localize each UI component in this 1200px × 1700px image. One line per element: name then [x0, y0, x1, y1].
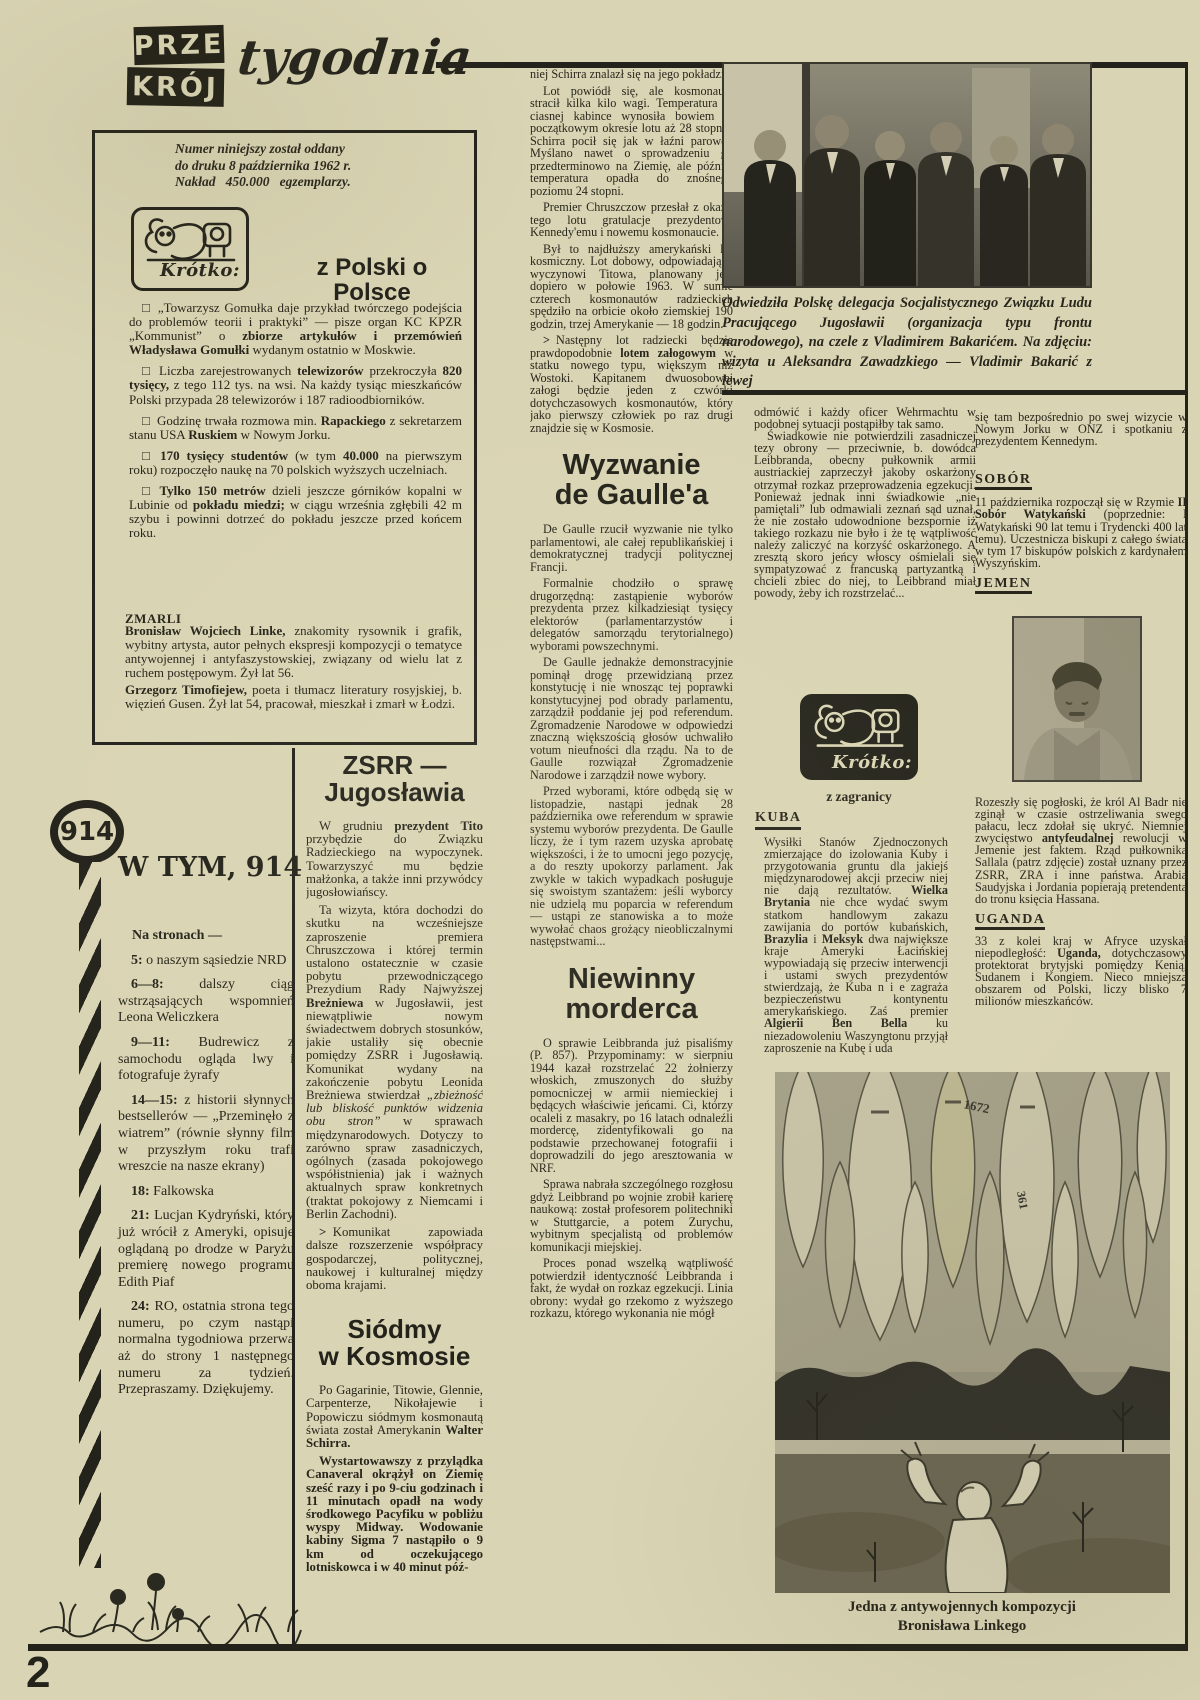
zsrr-headline-line1: ZSRR — — [306, 752, 483, 779]
paragraph: O sprawie Leibbranda już pisaliśmy (P. 8… — [530, 1037, 733, 1175]
linke-artwork: 1672 361 — [775, 1072, 1170, 1593]
paragraph: Przed wyborami, które odbędą się w listo… — [530, 785, 733, 948]
paragraph: Ta wizyta, która dochodzi do skutku na w… — [306, 904, 483, 1221]
middle-column: niej Schirra znalazł się na jego pokładz… — [530, 68, 733, 1642]
paragraph: Formalnie chodziło o sprawę drugorzędną:… — [530, 577, 733, 652]
paragraph: > Następny lot radziecki będzie prawdopo… — [530, 334, 733, 434]
wyzwanie-body: De Gaulle rzucił wyzwanie nie tylko parl… — [530, 523, 733, 948]
kuba-body: Wysiłki Stanów Zjednoczonych zmierzające… — [764, 836, 948, 1054]
paragraph: Proces ponad wszelką wątpliwość potwierd… — [530, 1257, 733, 1320]
section-heading: UGANDA — [975, 914, 1045, 930]
section-heading: KUBA — [755, 810, 801, 830]
paragraph: 33 z kolei kraj w Afryce uzyskał niepodl… — [975, 935, 1187, 1008]
section-heading: SOBÓR — [975, 474, 1032, 490]
paragraph: Był to najdłuższy amerykański lot kosmic… — [530, 243, 733, 331]
domestic-headline: z Polski o Polsce — [277, 255, 467, 305]
niewinny-continuation-column: odmówić i każdy oficer Wehrmachtu w podo… — [754, 406, 976, 600]
krotko-logo-dark: Krótko: — [800, 694, 918, 780]
paragraph: Po Gagarinie, Titowie, Glennie, Carpente… — [306, 1384, 483, 1450]
obituaries: Bronisław Wojciech Linke, znakomity ryso… — [125, 621, 462, 712]
domestic-items: □ „Towarzysz Gomułka daje przykład twórc… — [129, 301, 462, 540]
road-sign-pole — [79, 862, 101, 1568]
print-note: Numer niniejszy został oddany do druku 8… — [175, 141, 475, 191]
zsrr-body: W grudniu prezydent Tito przybędzie do Z… — [306, 820, 483, 1292]
right-column-upper: się tam bezpośrednio po swej wizycie w N… — [975, 406, 1187, 594]
page-number: 2 — [26, 1648, 50, 1698]
paragraph: 9—11: Budrewicz z samochodu ogląda lwy i… — [118, 1035, 294, 1085]
niewinny-headline-line2: morderca — [530, 994, 733, 1024]
paragraph: □ „Towarzysz Gomułka daje przykład twórc… — [129, 301, 462, 357]
krotko-logo-light: Krótko: — [131, 207, 249, 291]
paragraph: De Gaulle rzucił wyzwanie nie tylko parl… — [530, 523, 733, 573]
linke-artwork-caption: Jedna z antywojennych kompozycji Bronisł… — [812, 1598, 1112, 1636]
paragraph: De Gaulle jednakże demonstracyjnie pomin… — [530, 656, 733, 781]
section-heading: JEMEN — [975, 578, 1032, 594]
foreign-section-label: z zagranicy — [786, 789, 932, 805]
zsrr-column: ZSRR — Jugosławia W grudniu prezydent Ti… — [306, 752, 483, 1640]
cosmos-continuation: niej Schirra znalazł się na jego pokładz… — [530, 68, 733, 434]
paragraph: □ Liczba zarejestrowanych telewizorów pr… — [129, 364, 462, 406]
linke-artwork-art: 1672 361 — [775, 1072, 1170, 1593]
delegation-photo — [722, 62, 1092, 288]
cat-icon — [808, 698, 910, 755]
contents-items: Na stronach —5: o naszym sąsiedzie NRD6—… — [118, 928, 294, 1399]
column-divider — [292, 748, 295, 1645]
przekroj-logo-bottom: KRÓJ — [127, 67, 225, 107]
paragraph: Grzegorz Timofiejew, poeta i tłumacz lit… — [125, 683, 462, 711]
siodmy-headline-line1: Siódmy — [306, 1316, 483, 1343]
col5-intro: się tam bezpośrednio po swej wizycie w N… — [975, 411, 1187, 447]
print-note-line: Numer niniejszy został oddany — [175, 141, 475, 158]
print-note-line: Nakład 450.000 egzemplarzy. — [175, 174, 475, 191]
niewinny-body: O sprawie Leibbranda już pisaliśmy (P. 8… — [530, 1037, 733, 1320]
paragraph: Wysiłki Stanów Zjednoczonych zmierzające… — [764, 836, 948, 1054]
magazine-page: { "colors": {"paper": "#d9d4b3", "ink": … — [0, 0, 1200, 1700]
right-column-lower: Rozeszły się pogłoski, że król Al Badr n… — [975, 791, 1187, 1008]
uganda-heading: UGANDA — [975, 913, 1187, 930]
paragraph: Premier Chruszczow przesłał z okazji teg… — [530, 201, 733, 239]
caption-rule — [722, 390, 1188, 395]
paragraph: Na stronach — — [118, 928, 294, 945]
przekroj-logo-top: PRZE — [134, 25, 225, 65]
paragraph: > Komunikat zapowiada dalsze rozszerzeni… — [306, 1226, 483, 1292]
paragraph: 21: Lucjan Kydryński, który już wrócił z… — [118, 1208, 294, 1291]
road-sign-914: 914 — [50, 800, 124, 864]
paragraph: 11 października rozpoczął się w Rzymie I… — [975, 496, 1187, 569]
domestic-brief-box: Numer niniejszy został oddany do druku 8… — [92, 130, 477, 745]
paragraph: □ Tylko 150 metrów dzieli jeszcze górnik… — [129, 484, 462, 540]
uganda-body: 33 z kolei kraj w Afryce uzyskał niepodl… — [975, 935, 1187, 1008]
kuba-heading: KUBA — [755, 808, 801, 830]
sobor-body: 11 października rozpoczął się w Rzymie I… — [975, 496, 1187, 569]
jemen-body: Rozeszły się pogłoski, że król Al Badr n… — [975, 796, 1187, 905]
wyzwanie-headline-line2: de Gaulle'a — [530, 480, 733, 510]
zsrr-headline: ZSRR — Jugosławia — [306, 752, 483, 806]
paragraph: □ Godzinę trwała rozmowa min. Rapackiego… — [129, 414, 462, 442]
paragraph: W grudniu prezydent Tito przybędzie do Z… — [306, 820, 483, 899]
print-note-line: do druku 8 października 1962 r. — [175, 158, 475, 175]
sallal-portrait-photo — [1012, 616, 1142, 782]
siodmy-headline: Siódmy w Kosmosie — [306, 1316, 483, 1370]
paragraph: Bronisław Wojciech Linke, znakomity ryso… — [125, 624, 462, 680]
paragraph: 14—15: z historii słynnych bestsellerów … — [118, 1093, 294, 1176]
paragraph: Lot powiódł się, ale kosmonauta stracił … — [530, 85, 733, 198]
sallal-portrait-art — [1014, 618, 1140, 780]
siodmy-body: Po Gagarinie, Titowie, Glennie, Carpente… — [306, 1384, 483, 1574]
paragraph: 5: o naszym sąsiedzie NRD — [118, 953, 294, 970]
wyzwanie-headline: Wyzwanie de Gaulle'a — [530, 450, 733, 510]
niewinny-headline-line1: Niewinny — [530, 964, 733, 994]
zsrr-headline-line2: Jugosławia — [306, 779, 483, 806]
delegation-photo-art — [722, 62, 1092, 288]
niewinny-headline: Niewinny morderca — [530, 964, 733, 1024]
paragraph: 6—8: dalszy ciąg wstrząsających wspomnie… — [118, 977, 294, 1027]
paragraph: Wystartowawszy z przylądka Canaveral okr… — [306, 1455, 483, 1574]
paragraph: się tam bezpośrednio po swej wizycie w N… — [975, 411, 1187, 447]
sobor-heading: SOBÓR — [975, 473, 1187, 490]
paragraph: Sprawa nabrała szczególnego rozgłosu gdy… — [530, 1178, 733, 1253]
delegation-photo-caption: Odwiedziła Polskę delegacja Socjalistycz… — [722, 294, 1092, 392]
siodmy-headline-line2: w Kosmosie — [306, 1343, 483, 1370]
paragraph: 18: Falkowska — [118, 1184, 294, 1201]
krotko-logo-label: Krótko: — [832, 752, 912, 773]
paragraph: Świadkowie nie potwierdzili zasadniczej … — [754, 430, 976, 599]
paragraph: □ 170 tysięcy studentów (w tym 40.000 na… — [129, 449, 462, 477]
grass-decoration-icon — [38, 1552, 303, 1652]
paragraph: odmówić i każdy oficer Wehrmachtu w podo… — [754, 406, 976, 430]
tygodnia-script: tygodnia — [235, 30, 474, 86]
paragraph: 24: RO, ostatnia strona tego numeru, po … — [118, 1299, 294, 1399]
contents-headline: W TYM, 914 — [118, 852, 302, 883]
wyzwanie-headline-line1: Wyzwanie — [530, 450, 733, 480]
bottom-rule — [28, 1644, 1188, 1651]
krotko-logo-label: Krótko: — [160, 260, 240, 281]
jemen-heading: JEMEN — [975, 577, 1187, 594]
paragraph: niej Schirra znalazł się na jego pokładz… — [530, 68, 733, 81]
paragraph: Rozeszły się pogłoski, że król Al Badr n… — [975, 796, 1187, 905]
